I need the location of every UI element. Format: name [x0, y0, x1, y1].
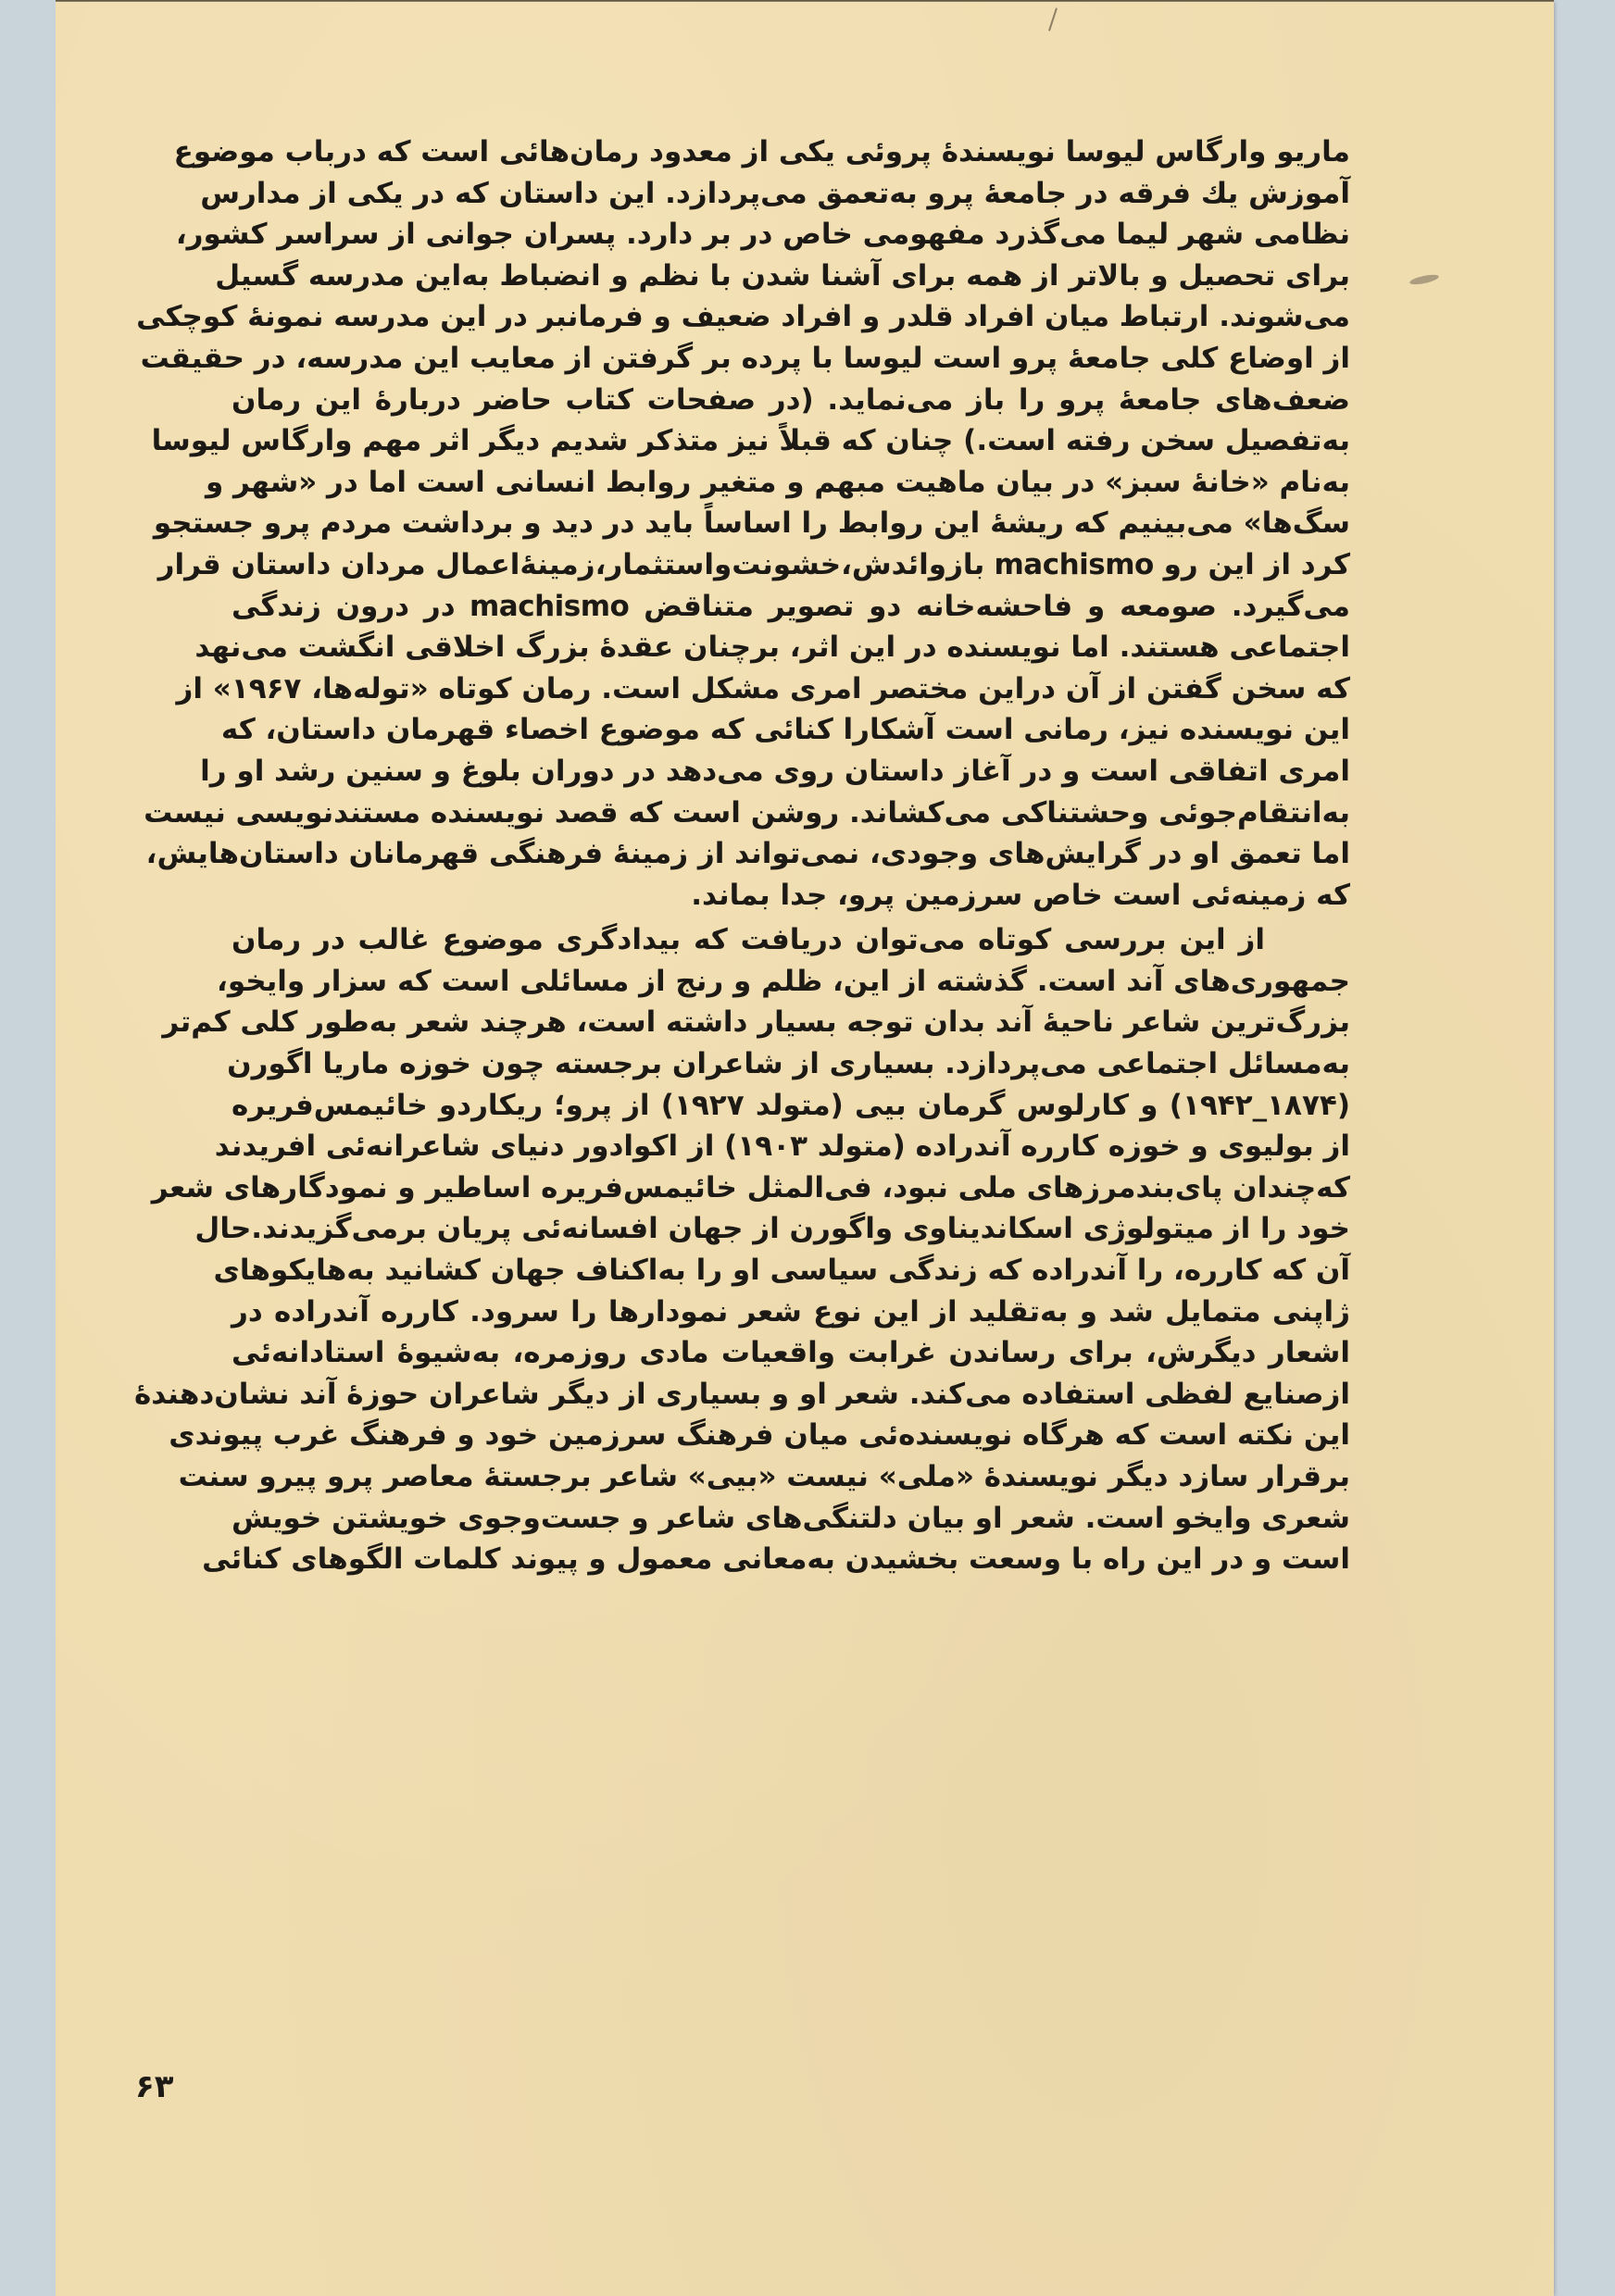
text-line: از این بررسی کوتاه می‌توان دریافت که بید…: [232, 919, 1350, 961]
text-line: به‌نام «خانهٔ سبز» در بیان ماهیت مبهم و …: [232, 462, 1350, 504]
text-line: از بولیوی و خوزه کارره آندراده (متولد ۱۹…: [232, 1126, 1350, 1167]
text-line: که زمینه‌ئی است خاص سرزمین پرو، جدا بمان…: [232, 875, 1350, 917]
text-line: امری اتفاقی است و در آغاز داستان روی می‌…: [232, 751, 1350, 792]
text-line: اشعار دیگرش، برای رساندن غرابت واقعیات م…: [232, 1332, 1350, 1374]
text-line: شعری وایخو است. شعر او بیان دلتنگی‌های ش…: [232, 1498, 1350, 1540]
pencil-smudge-mark: [1409, 273, 1440, 286]
text-line: می‌شوند. ارتباط میان افراد قلدر و افراد …: [232, 296, 1350, 338]
text-line: خود را از میتولوژی اسکاندیناوی واگورن از…: [232, 1208, 1350, 1250]
pencil-tick-mark: [1048, 7, 1058, 31]
text-line: ژاپنی متمایل شد و به‌تقلید از این نوع شع…: [232, 1291, 1350, 1333]
text-line: به‌مسائل اجتماعی می‌پردازد. بسیاری از شا…: [232, 1043, 1350, 1085]
text-line: است و در این راه با وسعت بخشیدن به‌معانی…: [232, 1539, 1350, 1580]
text-line: ماریو وارگاس لیوسا نویسندهٔ پروئی یکی از…: [232, 131, 1350, 173]
text-line: که سخن گفتن از آن دراین مختصر امری مشکل …: [232, 668, 1350, 710]
text-line: این نویسنده نیز، رمانی است آشکارا کنائی …: [232, 709, 1350, 751]
text-line: از اوضاع کلی جامعهٔ پرو است لیوسا با پرد…: [232, 338, 1350, 380]
text-line: می‌گیرد. صومعه و فاحشه‌خانه دو تصویر متن…: [232, 586, 1350, 628]
text-line: آن که کارره، را آندراده که زندگی سیاسی ا…: [232, 1250, 1350, 1291]
text-line: اما تعمق او در گرایش‌های وجودی، نمی‌توان…: [232, 833, 1350, 875]
text-line: بزرگ‌ترین شاعر ناحیهٔ آند بدان توجه بسیا…: [232, 1002, 1350, 1043]
text-line: ازصنایع لفظی استفاده می‌کند. شعر او و بس…: [232, 1374, 1350, 1416]
text-line: که‌چندان پای‌بندمرزهای ملی نبود، فی‌المث…: [232, 1167, 1350, 1209]
text-line: به‌تفصیل سخن رفته است.) چنان که قبلاً نی…: [232, 420, 1350, 462]
text-line: اجتماعی هستند. اما نویسنده در این اثر، ب…: [232, 627, 1350, 668]
text-line: نظامی شهر لیما می‌گذرد مفهومی خاص در بر …: [232, 214, 1350, 256]
book-page: ماریو وارگاس لیوسا نویسندهٔ پروئی یکی از…: [56, 2, 1554, 2296]
text-line: سگ‌ها» می‌بینیم که ریشهٔ این روابط را اس…: [232, 503, 1350, 544]
text-line: (۱۸۷۴_۱۹۴۲) و کارلوس گرمان بیی (متولد ۱۹…: [232, 1085, 1350, 1127]
text-line: برای تحصیل و بالاتر از همه برای آشنا شدن…: [232, 256, 1350, 297]
text-line: به‌انتقام‌جوئی وحشتناکی می‌کشاند. روشن ا…: [232, 792, 1350, 834]
text-line: ضعف‌های جامعهٔ پرو را باز می‌نماید. (در …: [232, 380, 1350, 421]
page-number: ۶۳: [135, 2068, 174, 2105]
body-text: ماریو وارگاس لیوسا نویسندهٔ پروئی یکی از…: [232, 131, 1350, 1580]
text-line: آموزش یك فرقه در جامعهٔ پرو به‌تعمق می‌پ…: [232, 173, 1350, 215]
text-line: این نکته است که هرگاه نویسنده‌ئی میان فر…: [232, 1415, 1350, 1456]
text-line: کرد از این رو machismo بازوائدش،خشونت‌وا…: [232, 544, 1350, 586]
text-line: جمهوری‌های آند است. گذشته از این، ظلم و …: [232, 961, 1350, 1003]
text-line: برقرار سازد دیگر نویسندهٔ «ملی» نیست «بی…: [232, 1456, 1350, 1498]
paragraph-1: ماریو وارگاس لیوسا نویسندهٔ پروئی یکی از…: [232, 131, 1350, 916]
paragraph-2: از این بررسی کوتاه می‌توان دریافت که بید…: [232, 919, 1350, 1580]
